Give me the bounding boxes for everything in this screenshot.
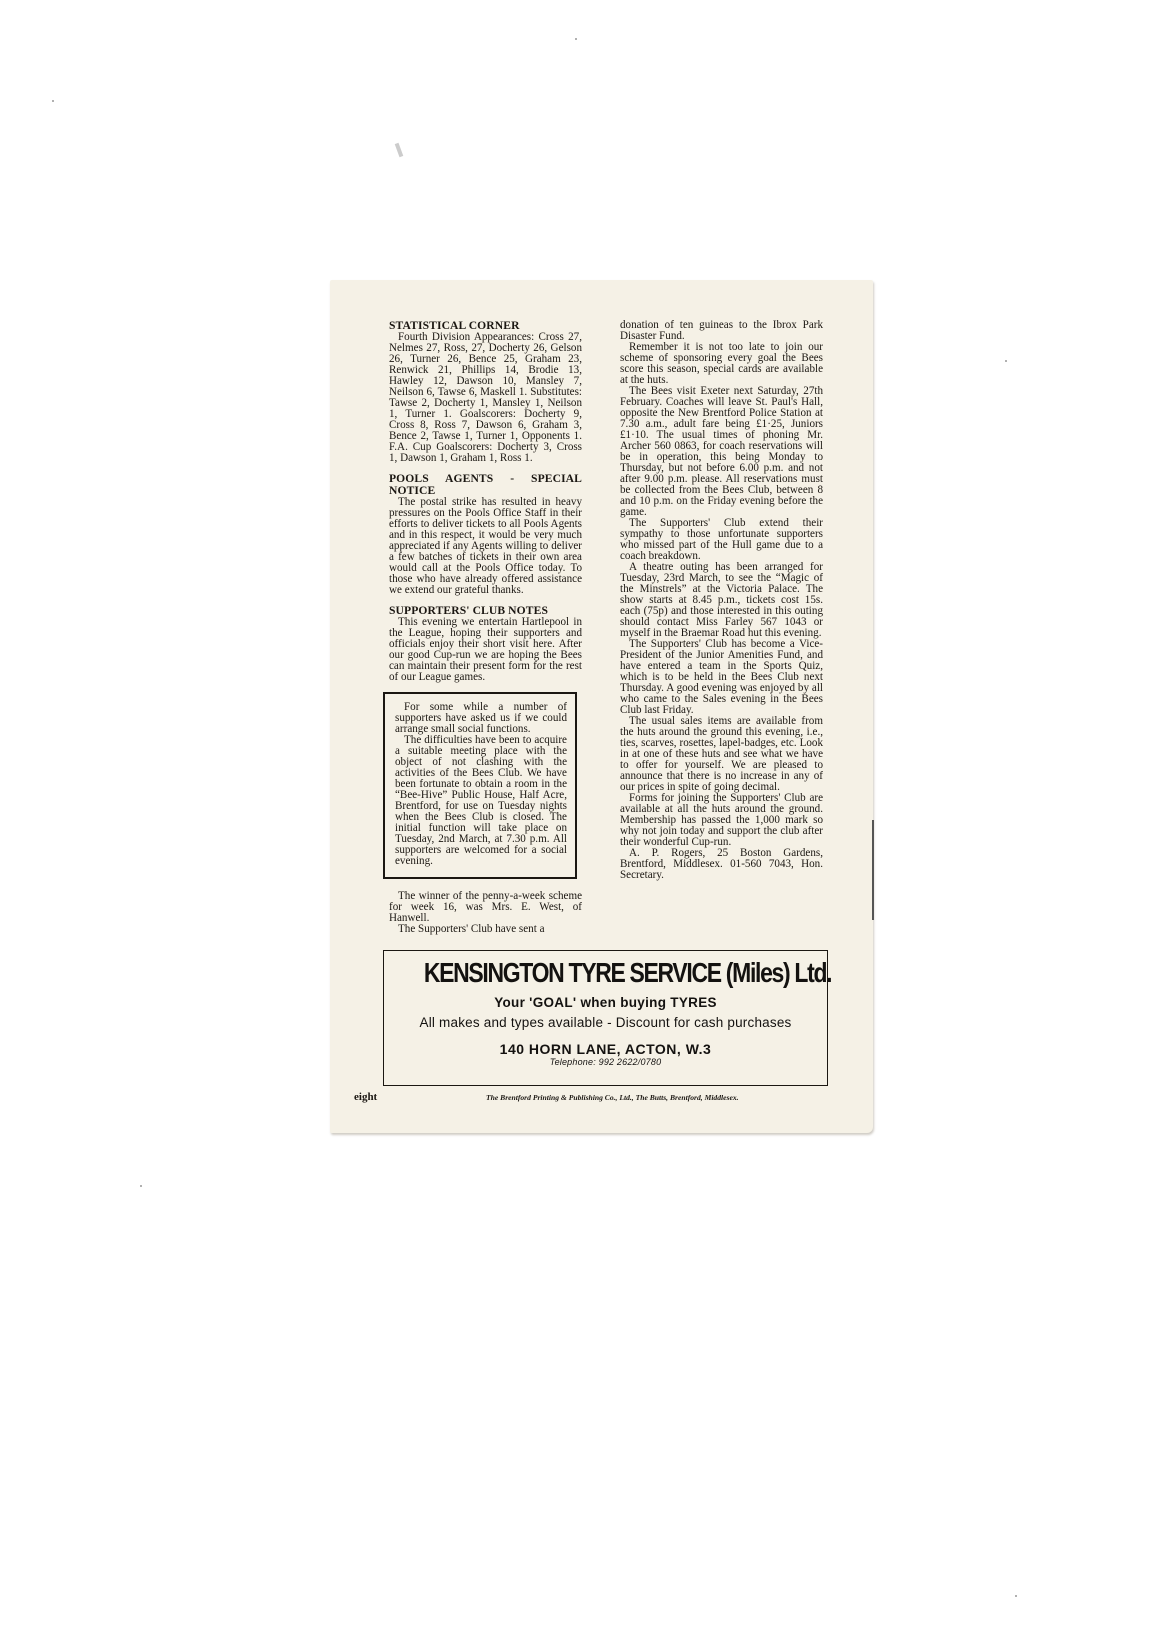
page-number: eight [354, 1091, 377, 1103]
supporters-club-body: This evening we entertain Hartlepool in … [389, 617, 582, 683]
right-paragraph: The Supporters' Club has become a Vice-P… [620, 639, 823, 716]
secretary-signature: A. P. Rogers, 25 Boston Gardens, Brentfo… [620, 848, 823, 881]
right-paragraph: Forms for joining the Supporters' Club a… [620, 793, 823, 848]
right-paragraph: Remember it is not too late to join our … [620, 342, 823, 386]
ad-company-name: KENSINGTON TYRE SERVICE (Miles) Ltd. [424, 955, 787, 991]
printer-credit: The Brentford Printing & Publishing Co.,… [486, 1093, 792, 1102]
statistical-corner-body: Fourth Division Appearances: Cross 27, N… [389, 332, 582, 464]
pools-agents-heading: POOLS AGENTS - SPECIAL NOTICE [389, 473, 582, 497]
ad-tagline: Your 'GOAL' when buying TYRES [384, 995, 827, 1010]
paper-mark [395, 143, 404, 158]
pools-agents-body: The postal strike has resulted in heavy … [389, 497, 582, 596]
ad-offer: All makes and types available - Discount… [384, 1015, 827, 1030]
supporters-club-section: SUPPORTERS' CLUB NOTES This evening we e… [389, 605, 582, 683]
dust-speck [1015, 1595, 1017, 1597]
dust-speck [575, 38, 577, 40]
dust-speck [1005, 360, 1007, 362]
notice-paragraph: For some while a number of supporters ha… [395, 702, 567, 735]
ad-telephone: Telephone: 992 2622/0780 [384, 1057, 827, 1067]
right-paragraph: The Supporters' Club extend their sympat… [620, 518, 823, 562]
right-column: donation of ten guineas to the Ibrox Par… [620, 320, 823, 881]
right-paragraph: The Bees visit Exeter next Saturday, 27t… [620, 386, 823, 518]
pools-agents-section: POOLS AGENTS - SPECIAL NOTICE The postal… [389, 473, 582, 596]
penny-a-week-winner: The winner of the penny-a-week scheme fo… [389, 891, 582, 924]
dust-speck [52, 100, 54, 102]
right-paragraph: The usual sales items are available from… [620, 716, 823, 793]
right-paragraph: A theatre outing has been arranged for T… [620, 562, 823, 639]
social-functions-notice-box: For some while a number of supporters ha… [383, 692, 577, 879]
programme-page: STATISTICAL CORNER Fourth Division Appea… [330, 280, 873, 1133]
left-column: STATISTICAL CORNER Fourth Division Appea… [389, 320, 582, 935]
donation-lead-in: The Supporters' Club have sent a [389, 924, 582, 935]
tyre-service-advertisement: KENSINGTON TYRE SERVICE (Miles) Ltd. You… [383, 950, 828, 1086]
dust-speck [140, 1185, 142, 1187]
statistical-corner-section: STATISTICAL CORNER Fourth Division Appea… [389, 320, 582, 464]
ad-address: 140 HORN LANE, ACTON, W.3 [384, 1041, 827, 1057]
right-paragraph: donation of ten guineas to the Ibrox Par… [620, 320, 823, 342]
notice-paragraph: The difficulties have been to acquire a … [395, 735, 567, 867]
